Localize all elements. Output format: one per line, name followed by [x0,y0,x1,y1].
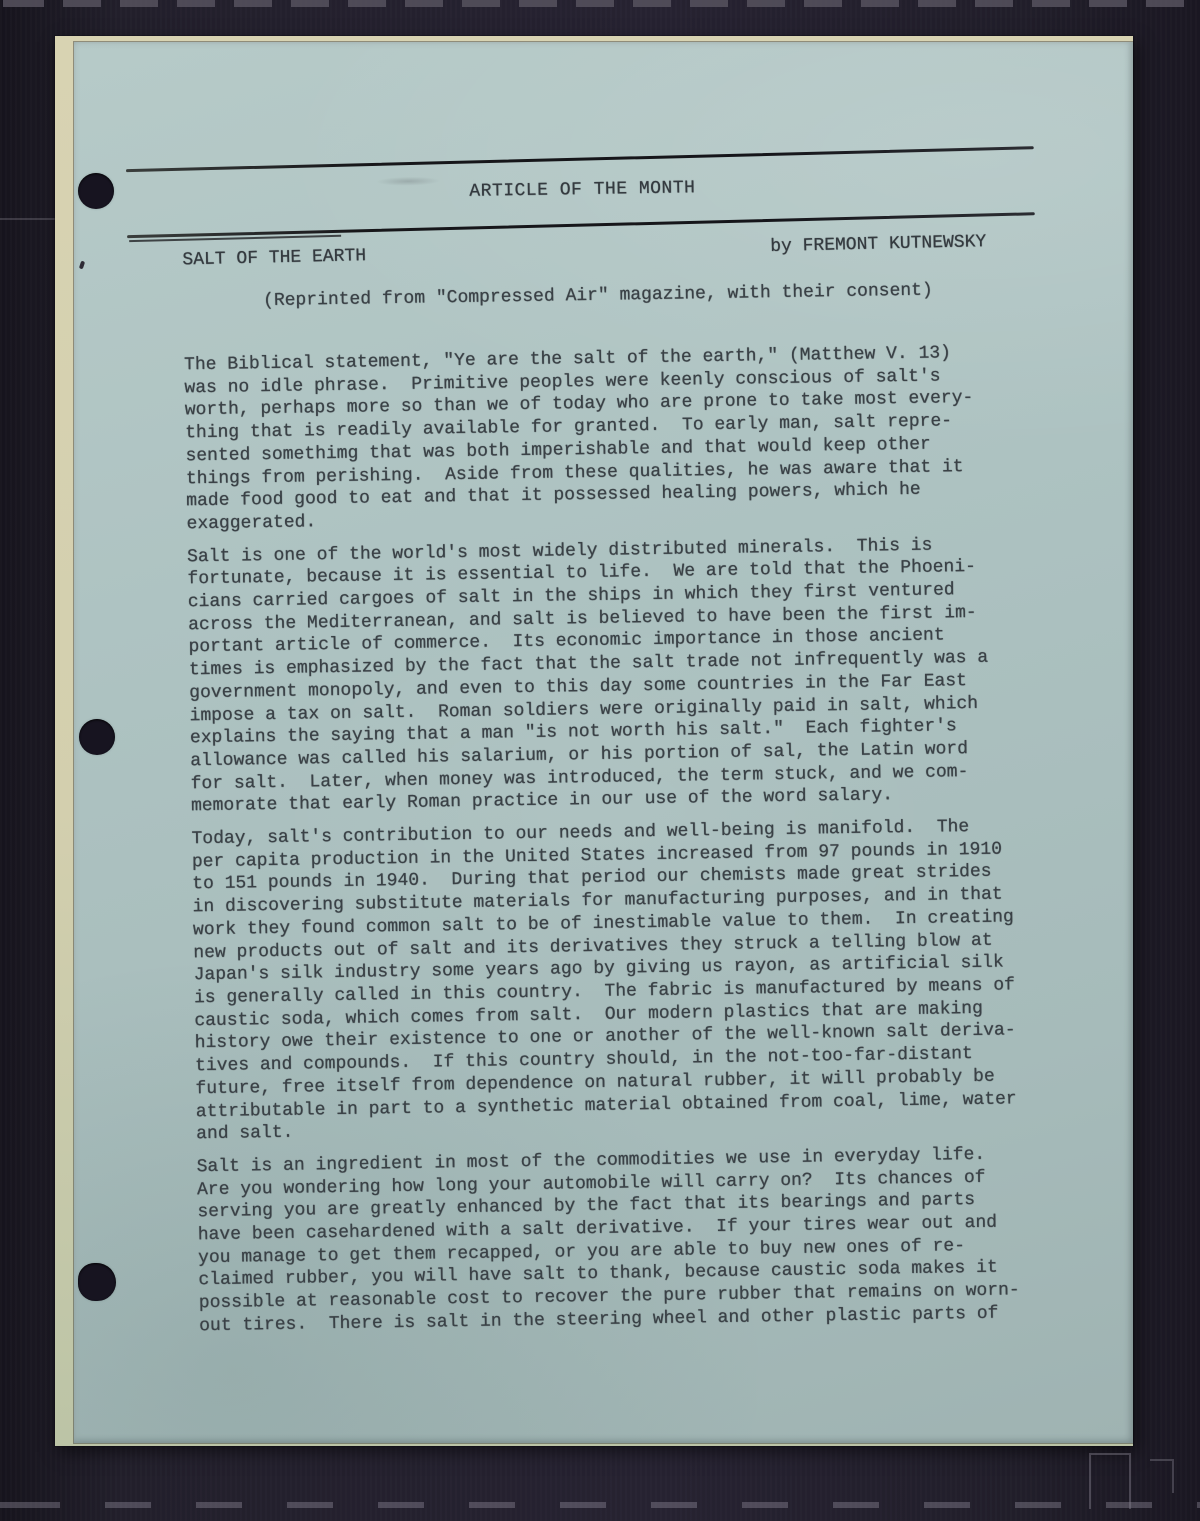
title-row: SALT OF THE EARTH by FREMONT KUTNEWSKY [182,232,986,270]
scanner-artifact-bracket [1150,1459,1174,1493]
body-paragraph: Salt is an ingredient in most of the com… [197,1143,1045,1338]
body-paragraph: Today, salt's contribution to our needs … [191,815,1041,1146]
reprint-note: (Reprinted from "Compressed Air" magazin… [263,281,933,312]
scanned-page-background: ARTICLE OF THE MONTH SALT OF THE EARTH b… [0,0,1200,1521]
article-body: The Biblical statement, "Ye are the salt… [184,341,1045,1348]
article-title: SALT OF THE EARTH [182,246,366,270]
scanner-artifact-bracket [1089,1453,1131,1509]
document-page: ARTICLE OF THE MONTH SALT OF THE EARTH b… [74,42,1133,1443]
horizontal-rule-top [126,146,1034,172]
body-paragraph: Salt is one of the world's most widely d… [187,533,1036,819]
rule-double-stroke [129,235,341,242]
article-rubric: ARTICLE OF THE MONTH [76,172,1088,208]
article-byline: by FREMONT KUTNEWSKY [770,232,986,257]
film-edge-dashes-bottom [0,1502,1200,1508]
scanner-scratch [0,218,56,220]
body-paragraph: The Biblical statement, "Ye are the salt… [184,341,1032,536]
film-edge-dashes-top [0,0,1200,7]
typewritten-content: ARTICLE OF THE MONTH SALT OF THE EARTH b… [74,25,1155,1442]
